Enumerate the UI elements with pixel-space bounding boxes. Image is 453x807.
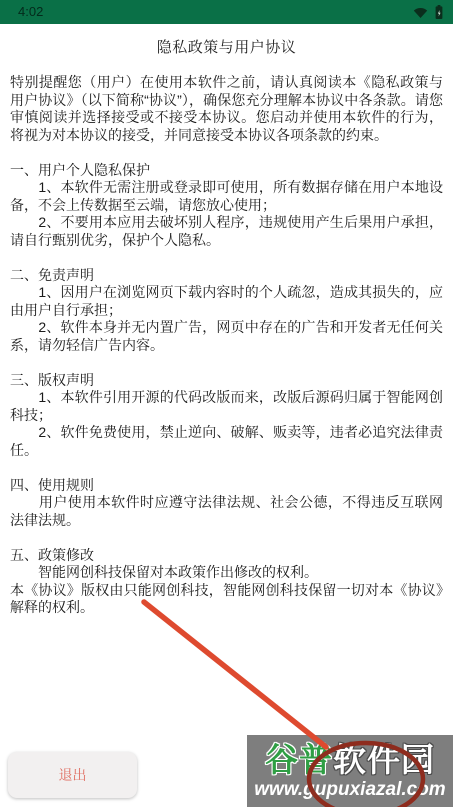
- agreement-section-copyright: 三、版权声明 1、本软件引用开源的代码改版而来，改版后源码归属于智能网创科技； …: [10, 372, 443, 460]
- red-annotation-line: [144, 602, 326, 747]
- section-item: 用户使用本软件时应遵守法律法规、社会公德，不得违反互联网法律法规。: [10, 494, 443, 529]
- section-item: 1、因用户在浏览网页下载内容时的个人疏忽，造成其损失的，应由用户自行承担；: [10, 284, 443, 319]
- agreement-content: 特别提醒您（用户）在使用本软件之前，请认真阅读本《隐私政策与用户协议》（以下简称…: [0, 57, 453, 617]
- section-item: 1、本软件无需注册或登录即可使用，所有数据存储在用户本地设备，不会上传数据至云端…: [10, 179, 443, 214]
- watermark-name-white: 软件园: [333, 741, 435, 778]
- section-heading: 四、使用规则: [10, 477, 443, 495]
- section-heading: 二、免责声明: [10, 267, 443, 285]
- section-item: 2、软件本身并无内置广告，网页中存在的广告和开发者无任何关系，请勿轻信广告内容。: [10, 319, 443, 354]
- wifi-icon: [413, 6, 428, 19]
- section-heading: 一、用户个人隐私保护: [10, 162, 443, 180]
- watermark-url: www.gupuxiazal.com: [254, 779, 445, 801]
- watermark-site-name: 谷普软件园: [265, 741, 435, 779]
- agreement-section-rules: 四、使用规则 用户使用本软件时应遵守法律法规、社会公德，不得违反互联网法律法规。: [10, 477, 443, 530]
- exit-button[interactable]: 退出: [8, 752, 137, 798]
- agreement-section-disclaimer: 二、免责声明 1、因用户在浏览网页下载内容时的个人疏忽，造成其损失的，应由用户自…: [10, 267, 443, 355]
- battery-icon: [434, 4, 444, 20]
- section-heading: 五、政策修改: [10, 547, 443, 565]
- watermark-banner: 谷普软件园 www.gupuxiazal.com: [247, 735, 453, 807]
- status-bar-icons: [413, 4, 444, 20]
- app-screen: 4:02 隐私政策与用户协议 特别提醒您（用户）在使用本软件之前，请认真阅读本《…: [0, 0, 453, 807]
- status-bar: 4:02: [0, 0, 453, 24]
- watermark-name-green: 谷普: [265, 741, 333, 778]
- section-item: 本《协议》版权由只能网创科技，智能网创科技保留一切对本《协议》解释的权利。: [10, 582, 443, 617]
- agreement-section-privacy: 一、用户个人隐私保护 1、本软件无需注册或登录即可使用，所有数据存储在用户本地设…: [10, 162, 443, 250]
- page-title: 隐私政策与用户协议: [0, 36, 453, 57]
- section-item: 2、软件免费使用，禁止逆向、破解、贩卖等，违者必追究法律责任。: [10, 424, 443, 459]
- section-item: 智能网创科技保留对本政策作出修改的权利。: [10, 564, 443, 582]
- section-heading: 三、版权声明: [10, 372, 443, 390]
- agreement-section-policy-change: 五、政策修改 智能网创科技保留对本政策作出修改的权利。 本《协议》版权由只能网创…: [10, 547, 443, 617]
- section-item: 2、不要用本应用去破坏别人程序，违规使用产生后果用户承担，请自行甄别优劣，保护个…: [10, 214, 443, 249]
- status-bar-time: 4:02: [18, 0, 43, 24]
- section-item: 1、本软件引用开源的代码改版而来，改版后源码归属于智能网创科技；: [10, 389, 443, 424]
- agreement-intro: 特别提醒您（用户）在使用本软件之前，请认真阅读本《隐私政策与用户协议》（以下简称…: [10, 74, 443, 144]
